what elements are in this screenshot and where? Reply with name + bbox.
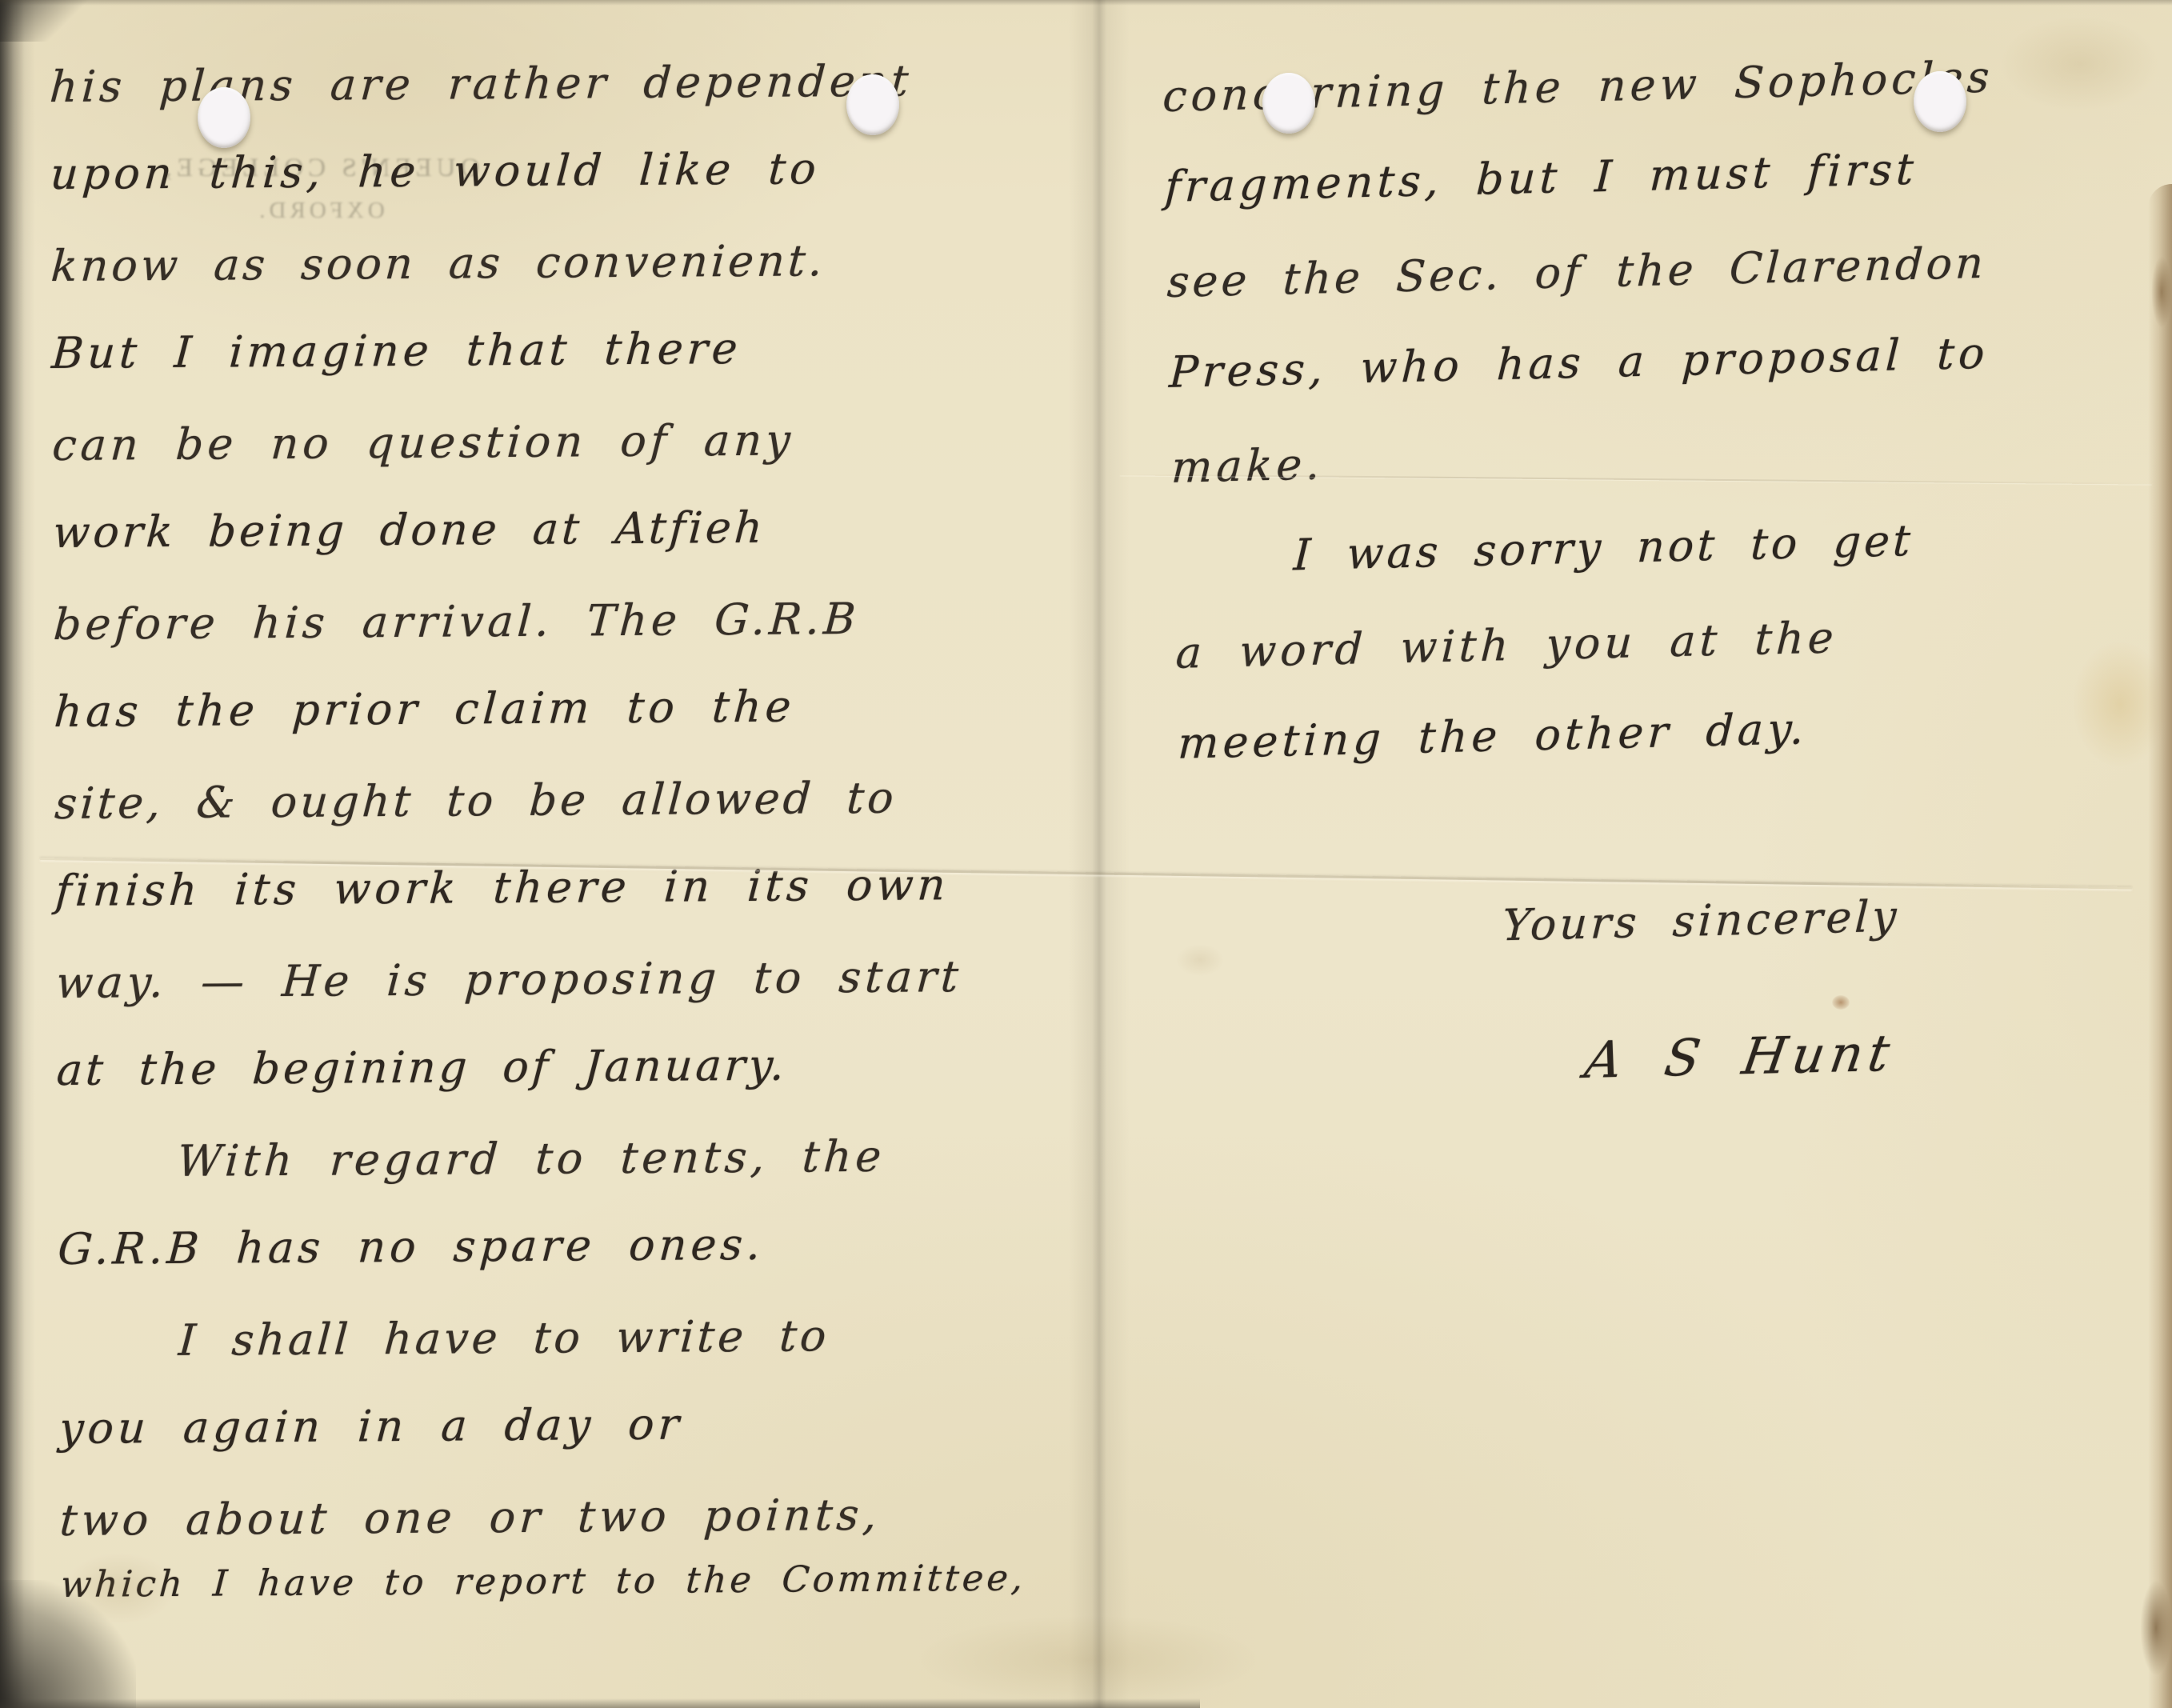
punch-hole: [846, 74, 899, 135]
handwriting-line: at the begining of January.: [54, 1018, 1107, 1115]
handwriting-line: I was sorry not to get: [1291, 489, 2159, 602]
worn-paper-edge-right: [2148, 184, 2172, 1708]
handwriting-line: But I imagine that there: [49, 302, 1102, 398]
handwriting-line: which I have to report to the Committee,: [58, 1548, 1110, 1624]
handwriting-line: G.R.B has no spare ones.: [55, 1198, 1109, 1294]
scan-edge-top: [0, 0, 2172, 6]
handwriting-line: finish its work there in its own: [53, 839, 1106, 936]
letter-page-left: his plans are rather dependentupon this,…: [50, 33, 1109, 1624]
handwriting-line: has the prior claim to the: [51, 660, 1105, 757]
scan-edge-bottom: [0, 1698, 1200, 1708]
foxing-stain: [2000, 16, 2160, 112]
center-fold-gutter: [1069, 0, 1130, 1708]
foxing-stain: [1832, 995, 1850, 1010]
foxing-stain: [1176, 944, 1224, 976]
scan-edge-left: [0, 0, 35, 1708]
punch-hole: [1262, 73, 1315, 134]
handwriting-line: way. — He is proposing to start: [54, 931, 1107, 1028]
handwriting-line: work being done at Atfieh: [50, 481, 1104, 578]
worn-edge-blotch: [2151, 256, 2172, 328]
scan-corner-bottom-left: [0, 1580, 136, 1708]
letter-page-right: concerning the new Sophoclesfragments, b…: [1162, 25, 2170, 1117]
worn-edge-blotch: [2140, 1580, 2172, 1676]
handwriting-line: site, & ought to be allowed to: [52, 752, 1106, 849]
handwriting-line: you again in a day or: [57, 1377, 1110, 1474]
scan-corner-top-left: [0, 0, 96, 42]
handwriting-line: before his arrival. The G.R.B: [51, 573, 1105, 670]
handwriting-line: know as soon as convenient.: [48, 214, 1102, 311]
letter-scan: QUEEN'S COLLEGE, OXFORD. his plans are r…: [0, 0, 2172, 1708]
handwriting-line: A S Hunt: [1578, 1000, 2172, 1107]
handwriting-line: I shall have to write to: [176, 1290, 1110, 1386]
handwriting-line: With regard to tents, the: [174, 1110, 1108, 1206]
punch-hole: [198, 87, 250, 148]
handwriting-line: can be no question of any: [50, 394, 1103, 490]
punch-hole: [1914, 71, 1966, 132]
